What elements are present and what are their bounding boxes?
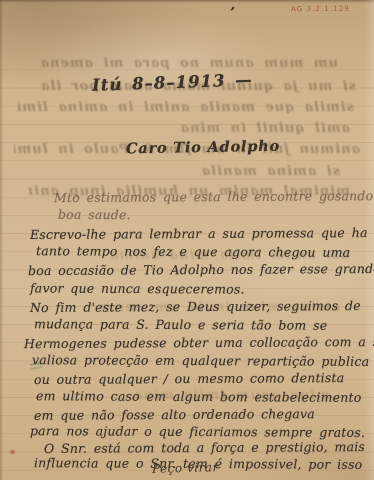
- letter-body-line: O Snr. está com toda a força e prestigio…: [44, 439, 365, 456]
- turn-page-note: Peço virar: [152, 460, 219, 476]
- letter-body-line: tanto tempo nos fez e que agora chegou u…: [36, 243, 350, 260]
- letter-body-line: favor que nunca esqueceremos.: [30, 280, 245, 296]
- letter-body-line: Hermogenes pudesse obter uma collocação …: [24, 334, 374, 351]
- letter-body-line: Mto estimamos que esta lhe encontre gosa…: [54, 188, 374, 205]
- archival-stamp: AG 3.2.1.129: [291, 5, 350, 14]
- red-ink-speck: [10, 450, 15, 454]
- letter-body-line: Escrevo-lhe para lembrar a sua promessa …: [30, 225, 368, 242]
- letter-body-line: boa occasião de Tio Adolpho nos fazer es…: [28, 261, 374, 278]
- bleedthrough-line: amil quinil in mina: [60, 121, 350, 136]
- letter-body-line: em que não fosse alto ordenado chegava: [34, 406, 315, 423]
- letter-body-line: mudança para S. Paulo e seria tão bom se: [34, 316, 327, 333]
- letter-body-line: No fim d'este mez, se Deus quizer, segui…: [30, 298, 361, 315]
- bleedthrough-line: simila que manila animi in amina limita: [18, 100, 354, 115]
- letter-salutation: Caro Tio Adolpho: [126, 138, 280, 158]
- letter-body-line: boa saude.: [58, 207, 131, 222]
- letter-body-line: para nos ajudar o que ficariamos sempre …: [30, 423, 365, 440]
- bleedthrough-line: um mum anum no para mi amena felga.: [38, 56, 338, 71]
- letter-body-line: ou outra qualquer / ou mesmo como dentis…: [34, 370, 344, 387]
- letter-body-line: valiosa protecção em qualquer repartição…: [32, 352, 369, 369]
- bleedthrough-line: si amina manila: [150, 164, 340, 179]
- scanned-letter-page: um mum anum no para mi amena felga. si m…: [0, 0, 374, 480]
- letter-body-line: em ultimo caso em algum bom estabelecime…: [36, 388, 362, 405]
